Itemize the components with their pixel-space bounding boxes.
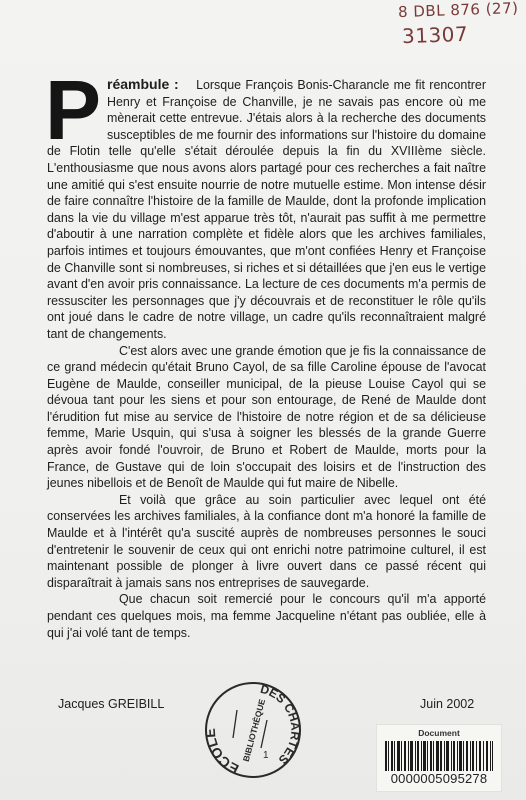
preamble-paragraph-3: Et voilà que grâce au soin particulier a… [47, 492, 486, 592]
preamble-paragraph-1: Préambule : Lorsque François Bonis-Chara… [47, 76, 486, 343]
handwritten-number: 31307 [402, 22, 469, 48]
preamble-paragraph-4: Que chacun soit remercié pour le concour… [47, 591, 486, 641]
barcode-title: Document [377, 728, 501, 738]
preamble-text: Préambule : Lorsque François Bonis-Chara… [47, 76, 486, 641]
barcode-number: 0000005095278 [377, 771, 501, 786]
preamble-paragraph-2: C'est alors avec une grande émotion que … [47, 343, 486, 492]
author-signature: Jacques GREIBILL [58, 697, 164, 711]
scanned-page: 8 DBL 876 (27) 31307 Préambule : Lorsque… [0, 0, 526, 800]
preamble-heading: réambule : [107, 76, 179, 92]
handwritten-shelfmark: 8 DBL 876 (27) [398, 0, 519, 21]
library-stamp-icon: ECOLE DES CHARTES BIBLIOTHÈQUE 1 [203, 680, 303, 780]
barcode-label: Document 0000005095 [376, 724, 502, 792]
document-date: Juin 2002 [420, 697, 474, 711]
drop-cap: P [45, 79, 101, 143]
barcode-icon [385, 741, 493, 771]
stamp-number: 1 [263, 750, 269, 761]
paragraph-text: Lorsque François Bonis-Charancle me fit … [47, 78, 486, 341]
